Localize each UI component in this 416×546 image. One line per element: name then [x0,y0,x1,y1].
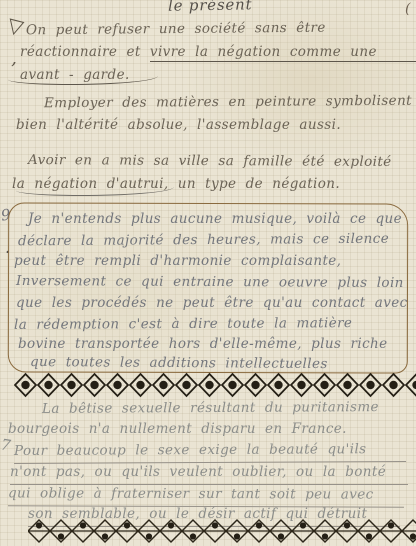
manuscript-line: Employer des matières en peinture symbol… [44,91,412,114]
underline-swoosh [16,187,174,196]
manuscript-line-underlined: n'ont pas, ou qu'ils veulent oublier, ou… [10,462,408,485]
manuscript-line: On peut refuser une société sans être [26,18,326,41]
manuscript-line: Inversement ce qui entraine une oeuvre p… [16,271,404,293]
manuscript-line: peut être rempli d'harmonie complaisante… [14,251,341,271]
zigzag-dot-border [28,517,416,545]
manuscript-line: la rédemption c'est à dire toute la mati… [14,313,352,335]
margin-flag-mark: ▽ [5,12,26,39]
manuscript-line-underlined: Pour beaucoup le sexe exige la beauté qu… [14,439,406,464]
underlined-phrase: vivre la négation comme une [150,44,416,62]
manuscript-line: réactionnaire et vivre la négation comme… [20,42,416,62]
manuscript-line: La bêtise sexuelle résultant du puritani… [42,397,379,419]
margin-comma-mark: ‚ [11,48,17,69]
manuscript-line: déclare la majorité des heures, mais ce … [18,229,389,252]
manuscript-line: que les procédés ne peut être qu'au cont… [16,293,408,313]
manuscript-line: bien l'altérité absolue, l'assemblage au… [16,115,341,135]
manuscript-line: que toutes les additions intellectuelles [30,352,328,374]
manuscript-line: Avoir en a mis sa ville sa famille été e… [28,150,392,172]
page-title: le présent [168,0,253,15]
diamond-chain-border [14,372,416,398]
manuscript-line: bovine transportée hors d'elle-même, plu… [18,334,388,354]
manuscript-line: bourgeois n'a nullement disparu en Franc… [8,419,347,439]
line-plain-part: réactionnaire et [20,44,150,60]
corner-mark: ( [405,1,410,17]
manuscript-line: Je n'entends plus aucune musique, voilà … [28,209,402,229]
underline-swoosh [8,76,158,85]
manuscript-page: le présent ( ▽ ‚ 9 · 7 On peut refuser u… [0,0,416,546]
